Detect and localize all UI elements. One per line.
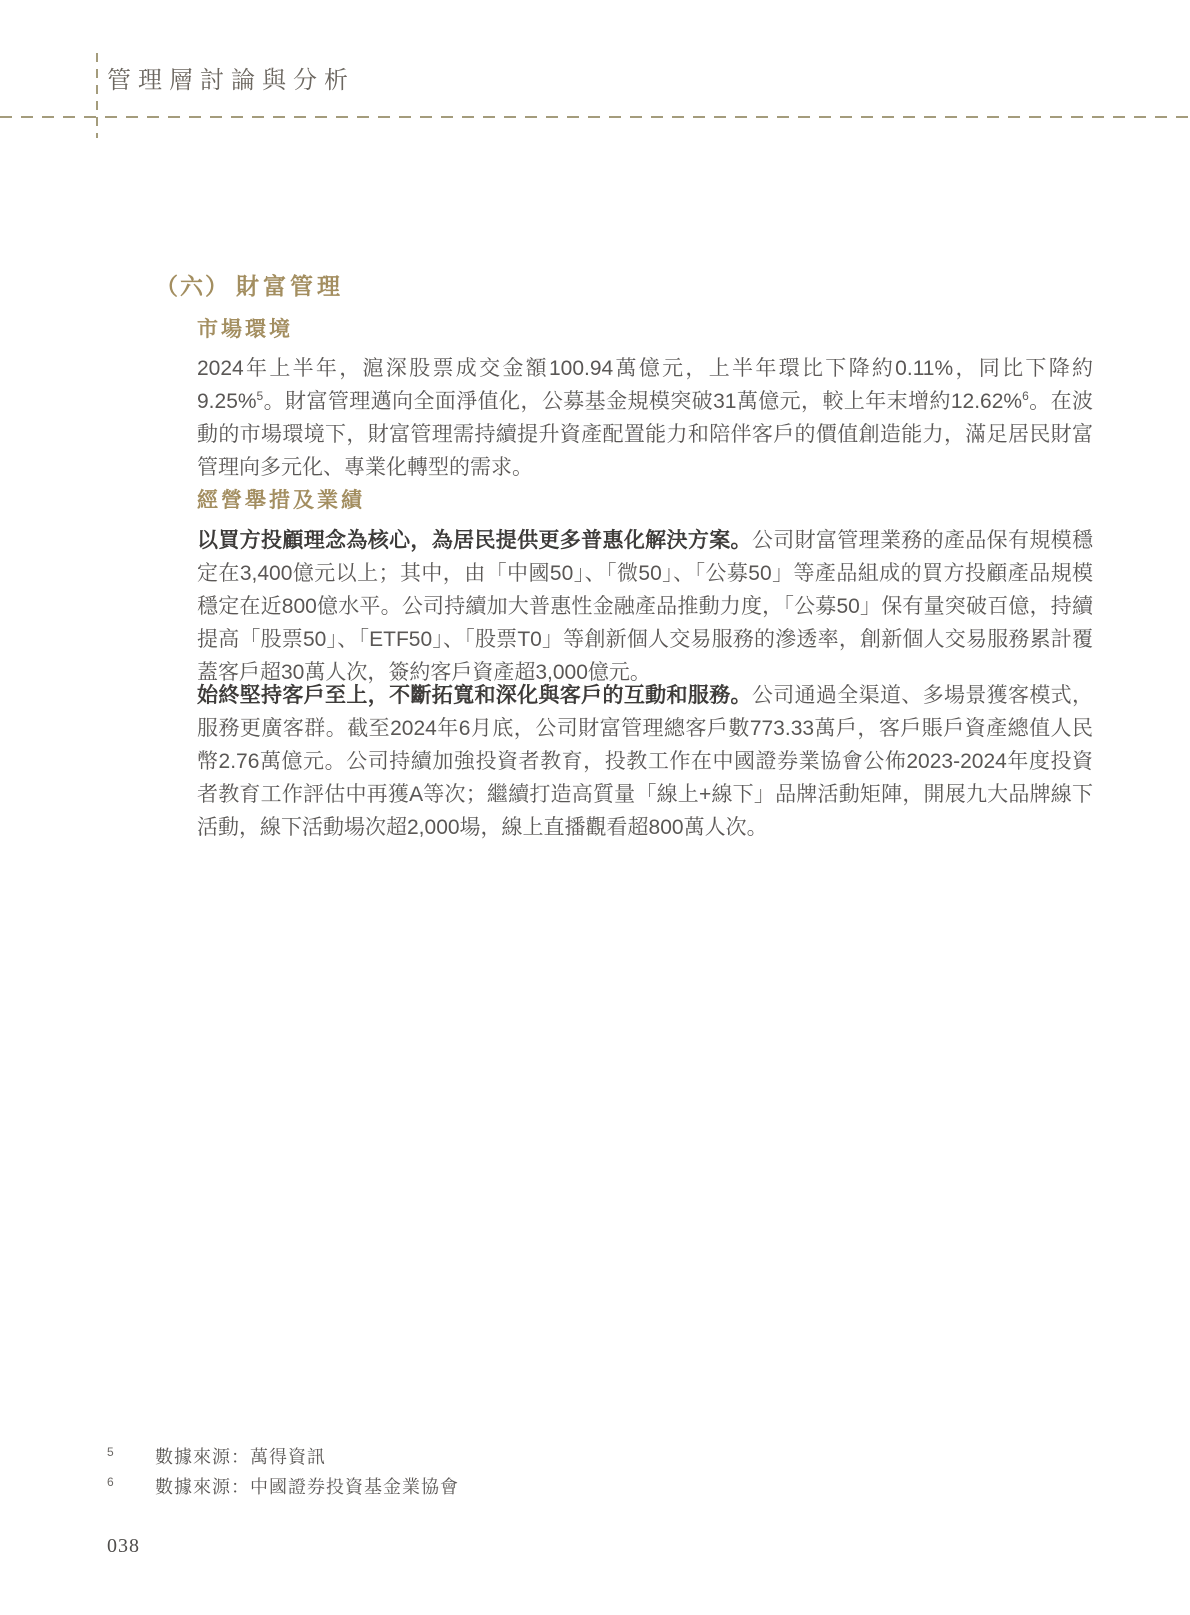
footnote-text: 數據來源：中國證券投資基金業協會 xyxy=(155,1473,459,1499)
paragraph-operations-1: 以買方投顧理念為核心，為居民提供更多普惠化解決方案。公司財富管理業務的產品保有規… xyxy=(197,524,1093,689)
subheading-market-environment: 市場環境 xyxy=(197,313,293,343)
section-number: （六） xyxy=(155,273,230,299)
footnote-marker: 6 xyxy=(107,1473,155,1489)
paragraph-operations-2: 始終堅持客戶至上，不斷拓寬和深化與客戶的互動和服務。公司通過全渠道、多場景獲客模… xyxy=(197,679,1093,844)
footnote-marker: 5 xyxy=(107,1443,155,1459)
footnote-row: 6 數據來源：中國證券投資基金業協會 xyxy=(107,1473,459,1503)
paragraph-market-environment: 2024年上半年，滬深股票成交金額100.94萬億元，上半年環比下降約0.11%… xyxy=(197,352,1093,484)
report-page: 管理層討論與分析 （六）財富管理 市場環境 2024年上半年，滬深股票成交金額1… xyxy=(0,0,1190,1615)
dashed-horizontal-rule xyxy=(0,116,1190,118)
dashed-vertical-rule xyxy=(96,53,98,138)
section-title: 財富管理 xyxy=(236,273,344,299)
footnotes: 5 數據來源：萬得資訊 6 數據來源：中國證券投資基金業協會 xyxy=(107,1443,459,1503)
subheading-operations: 經營舉措及業績 xyxy=(197,484,365,514)
footnote-row: 5 數據來源：萬得資訊 xyxy=(107,1443,459,1473)
chapter-header: 管理層討論與分析 xyxy=(107,60,355,95)
footnote-text: 數據來源：萬得資訊 xyxy=(155,1443,326,1469)
page-number: 038 xyxy=(107,1535,140,1558)
section-heading: （六）財富管理 xyxy=(155,268,344,301)
